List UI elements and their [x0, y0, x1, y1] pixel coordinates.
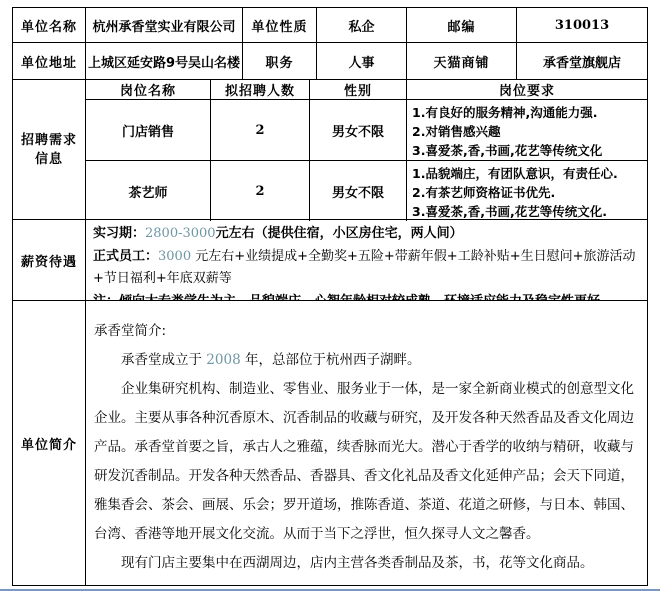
- requirement-line: 2.对销售感兴趣: [412, 122, 643, 141]
- recruit-section-label-text: 招聘需求信息: [20, 131, 79, 169]
- founding-prefix: 承香堂成立于: [121, 352, 206, 368]
- intro-business-paragraph: 企业集研究机构、制造业、零售业、服务业于一体，是一家全新商业模式的创意型文化企业…: [94, 375, 637, 549]
- requirement-line: 2.有茶艺师资格证书优先.: [412, 183, 643, 202]
- regular-employee-label: 正式员工：: [93, 249, 158, 264]
- intern-salary-amount: 2800-3000: [145, 226, 216, 241]
- regular-salary-amount: 3000: [158, 249, 191, 264]
- intro-heading: 承香堂简介:: [94, 317, 637, 346]
- company-address-value: 上城区延安路9号吴山名楼: [86, 43, 243, 79]
- job-title-value: 人事: [317, 43, 407, 79]
- salary-note: 注：倾向大专类学生为主，品貌端庄，心智年龄相对较成熟，环境适应能力及稳定性更好.: [93, 294, 605, 301]
- company-name-label: 单位名称: [13, 8, 86, 42]
- recruit-row-store-sales: 门店销售 2 男女不限 1.有良好的服务精神,沟通能力强. 2.对销售感兴趣 3…: [86, 100, 647, 161]
- zip-value: 310013: [517, 8, 647, 42]
- company-address-label: 单位地址: [13, 43, 86, 79]
- tmall-shop-value: 承香堂旗舰店: [517, 43, 647, 79]
- post-name: 茶艺师: [86, 161, 211, 221]
- intern-period-label: 实习期：: [93, 226, 145, 241]
- col-header-requirement: 岗位要求: [407, 80, 647, 99]
- intro-founding-line: 承香堂成立于 2008 年，总部位于杭州西子湖畔。: [94, 346, 637, 375]
- intern-salary-detail: 元左右（提供住宿，小区房住宅，两人间）: [216, 226, 463, 241]
- post-requirements: 1.品貌端庄，有团队意识，有责任心. 2.有茶艺师资格证书优先. 3.喜爱茶,香…: [407, 161, 647, 221]
- row-company-address: 单位地址 上城区延安路9号吴山名楼 职务 人事 天猫商铺 承香堂旗舰店: [13, 43, 647, 80]
- salary-section-label: 薪资待遇: [13, 220, 86, 300]
- intro-section-label: 单位简介: [13, 301, 86, 585]
- zip-label: 邮编: [407, 8, 517, 42]
- recruit-row-tea-master: 茶艺师 2 男女不限 1.品貌端庄，有团队意识，有责任心. 2.有茶艺师资格证书…: [86, 161, 647, 221]
- company-recruitment-table: 单位名称 杭州承香堂实业有限公司 单位性质 私企 邮编 310013 单位地址 …: [12, 7, 648, 586]
- recruit-subtable: 岗位名称 拟招聘人数 性别 岗位要求 门店销售 2 男女不限 1.有良好的服务精…: [86, 80, 647, 219]
- tmall-shop-label: 天猫商铺: [407, 43, 517, 79]
- company-name-value: 杭州承香堂实业有限公司: [86, 8, 243, 42]
- section-company-intro: 单位简介 承香堂简介: 承香堂成立于 2008 年，总部位于杭州西子湖畔。 企业…: [13, 301, 647, 585]
- col-header-post: 岗位名称: [86, 80, 211, 99]
- intro-content: 承香堂简介: 承香堂成立于 2008 年，总部位于杭州西子湖畔。 企业集研究机构…: [86, 301, 647, 585]
- post-gender: 男女不限: [310, 161, 407, 221]
- company-type-value: 私企: [317, 8, 407, 42]
- row-company-name: 单位名称 杭州承香堂实业有限公司 单位性质 私企 邮编 310013: [13, 8, 647, 43]
- col-header-gender: 性别: [310, 80, 407, 99]
- post-count: 2: [211, 100, 310, 160]
- post-requirements: 1.有良好的服务精神,沟通能力强. 2.对销售感兴趣 3.喜爱茶,香,书画,花艺…: [407, 100, 647, 160]
- post-gender: 男女不限: [310, 100, 407, 160]
- col-header-count: 拟招聘人数: [211, 80, 310, 99]
- intro-stores-paragraph: 现有门店主要集中在西湖周边，店内主营各类香制品及茶，书，花等文化商品。: [94, 549, 637, 578]
- recruit-section-label: 招聘需求信息: [13, 80, 86, 219]
- founding-year: 2008: [206, 352, 240, 368]
- founding-suffix: 年，总部位于杭州西子湖畔。: [241, 352, 421, 368]
- window-bottom-edge: [0, 589, 660, 591]
- post-name: 门店销售: [86, 100, 211, 160]
- post-count: 2: [211, 161, 310, 221]
- requirement-line: 3.喜爱茶,香,书画,花艺等传统文化.: [412, 202, 643, 221]
- job-title-label: 职务: [243, 43, 317, 79]
- recruit-header-row: 岗位名称 拟招聘人数 性别 岗位要求: [86, 80, 647, 100]
- section-recruit-demand: 招聘需求信息 岗位名称 拟招聘人数 性别 岗位要求 门店销售 2 男女不限 1.…: [13, 80, 647, 220]
- requirement-line: 1.品貌端庄，有团队意识，有责任心.: [412, 164, 643, 183]
- section-salary: 薪资待遇 实习期：2800-3000元左右（提供住宿，小区房住宅，两人间） 正式…: [13, 220, 647, 301]
- salary-content: 实习期：2800-3000元左右（提供住宿，小区房住宅，两人间） 正式员工：30…: [86, 220, 647, 300]
- requirement-line: 3.喜爱茶,香,书画,花艺等传统文化: [412, 141, 643, 160]
- requirement-line: 1.有良好的服务精神,沟通能力强.: [412, 103, 643, 122]
- company-type-label: 单位性质: [243, 8, 317, 42]
